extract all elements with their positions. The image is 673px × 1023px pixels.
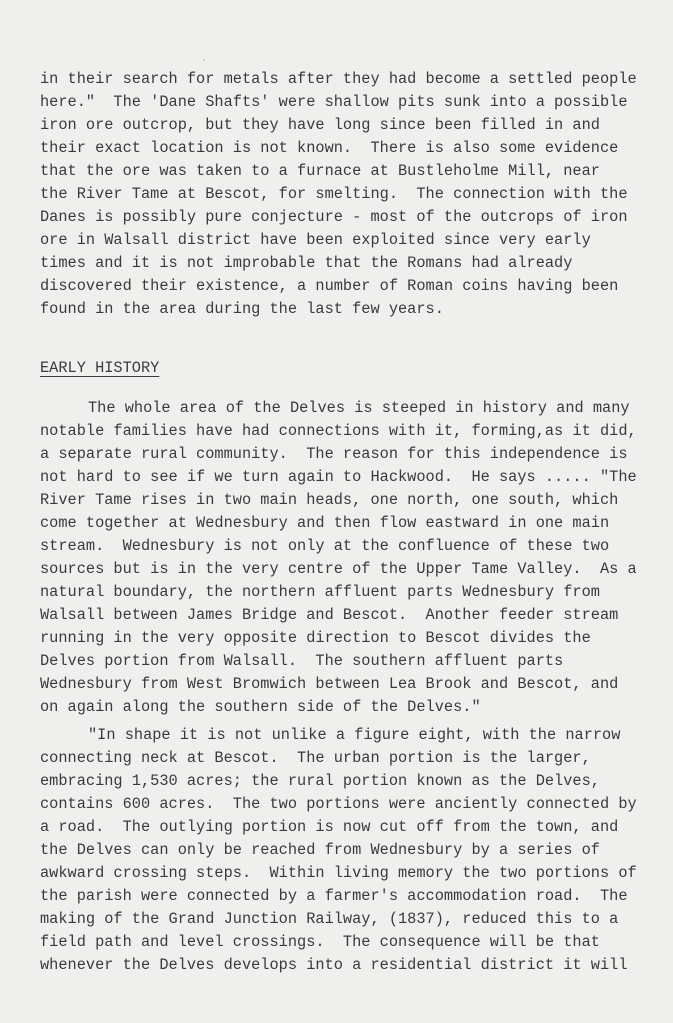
text-line: awkward crossing steps. Within living me… (40, 862, 660, 885)
text-line: on again along the southern side of the … (40, 696, 660, 719)
text-line: contains 600 acres. The two portions wer… (40, 793, 660, 816)
text-line: the River Tame at Bescot, for smelting. … (40, 183, 660, 206)
text-line: their exact location is not known. There… (40, 137, 660, 160)
text-line: Delves portion from Walsall. The souther… (40, 650, 660, 673)
text-line: that the ore was taken to a furnace at B… (40, 160, 660, 183)
text-line: Danes is possibly pure conjecture - most… (40, 206, 660, 229)
text-line: found in the area during the last few ye… (40, 298, 660, 321)
text-line: stream. Wednesbury is not only at the co… (40, 535, 660, 558)
text-line: sources but is in the very centre of the… (40, 558, 660, 581)
text-line: the Delves can only be reached from Wedn… (40, 839, 660, 862)
text-line: making of the Grand Junction Railway, (1… (40, 908, 660, 931)
text-line: River Tame rises in two main heads, one … (40, 489, 660, 512)
text-line: here." The 'Dane Shafts' were shallow pi… (40, 91, 660, 114)
paragraph-delves-history: The whole area of the Delves is steeped … (40, 397, 660, 719)
section-heading: EARLY HISTORY (40, 357, 159, 380)
text-line: come together at Wednesbury and then flo… (40, 512, 660, 535)
text-line: notable families have had connections wi… (40, 420, 660, 443)
text-line: connecting neck at Bescot. The urban por… (40, 747, 660, 770)
text-line: ore in Walsall district have been exploi… (40, 229, 660, 252)
text-line: discovered their existence, a number of … (40, 275, 660, 298)
text-line: embracing 1,530 acres; the rural portion… (40, 770, 660, 793)
text-line: running in the very opposite direction t… (40, 627, 660, 650)
text-line: the parish were connected by a farmer's … (40, 885, 660, 908)
text-line: iron ore outcrop, but they have long sin… (40, 114, 660, 137)
text-line: field path and level crossings. The cons… (40, 931, 660, 954)
paper-speck (203, 59, 205, 61)
text-line: Walsall between James Bridge and Bescot.… (40, 604, 660, 627)
text-line: times and it is not improbable that the … (40, 252, 660, 275)
text-line: a road. The outlying portion is now cut … (40, 816, 660, 839)
text-line: natural boundary, the northern affluent … (40, 581, 660, 604)
text-line: in their search for metals after they ha… (40, 68, 660, 91)
paragraph-figure-eight: "In shape it is not unlike a figure eigh… (40, 724, 660, 977)
text-line: "In shape it is not unlike a figure eigh… (40, 724, 660, 747)
paragraph-intro: in their search for metals after they ha… (40, 68, 660, 321)
text-line: whenever the Delves develops into a resi… (40, 954, 660, 977)
text-line: not hard to see if we turn again to Hack… (40, 466, 660, 489)
text-line: Wednesbury from West Bromwich between Le… (40, 673, 660, 696)
document-page: in their search for metals after they ha… (0, 0, 673, 1023)
text-line: The whole area of the Delves is steeped … (40, 397, 660, 420)
text-line: a separate rural community. The reason f… (40, 443, 660, 466)
